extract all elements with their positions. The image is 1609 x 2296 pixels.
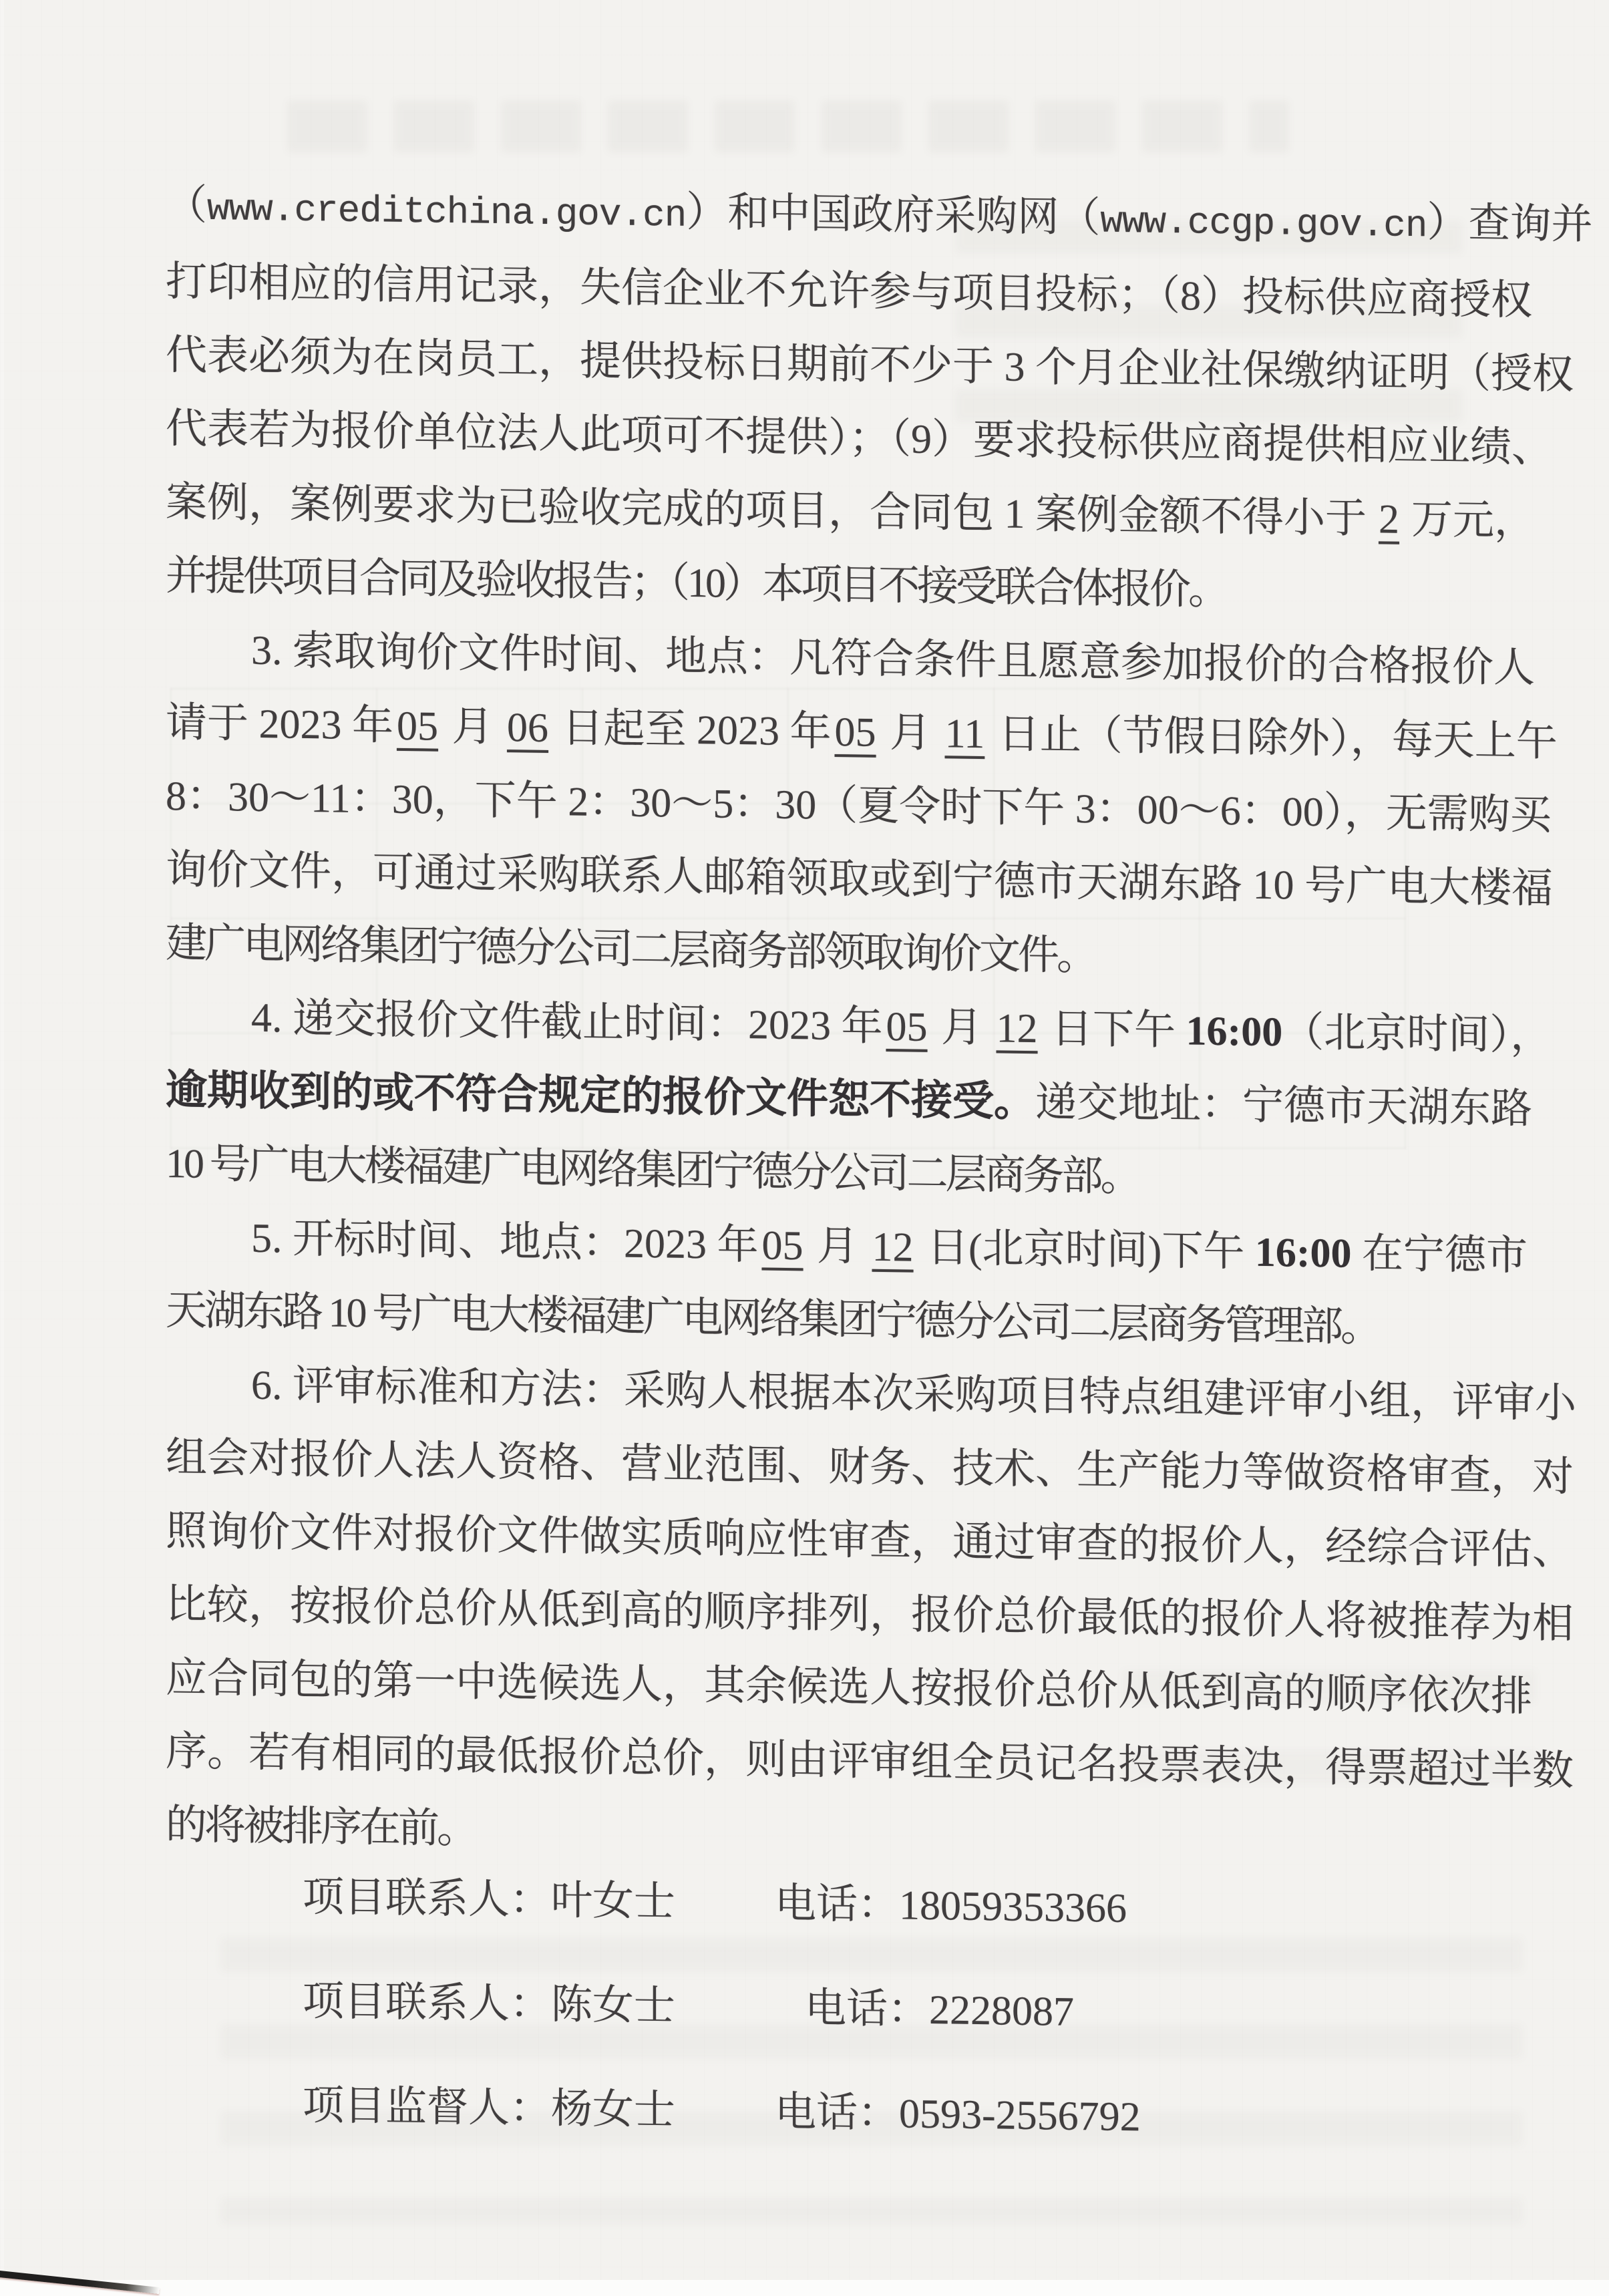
contact-person: 项目联系人：叶女士 xyxy=(303,1845,775,1956)
underlined-amount: 2 xyxy=(1367,496,1411,542)
contact-row: 项目联系人：陈女士电话：2228087 xyxy=(166,1947,1477,2070)
underlined-day: 06 xyxy=(504,705,552,751)
underlined-day: 12 xyxy=(869,1224,917,1271)
text-segment: 日(北京时间)下午 xyxy=(917,1225,1255,1275)
phone-label: 电话： xyxy=(775,1881,899,1929)
underlined-month: 05 xyxy=(883,1004,931,1050)
contact-row: 项目联系人：叶女士电话：18059353366 xyxy=(166,1843,1477,1965)
contact-role-label: 项目联系人： xyxy=(303,1979,551,2027)
text-segment: 月 xyxy=(441,704,504,750)
creditchina-url: www.creditchina.gov.cn xyxy=(207,188,686,237)
text-segment: 万元， xyxy=(1411,497,1536,544)
underlined-day: 11 xyxy=(942,711,989,757)
contact-person: 项目联系人：陈女士 xyxy=(303,1949,805,2061)
text-segment: 月 xyxy=(931,1005,993,1051)
contact-list: 项目联系人：叶女士电话：18059353366 项目联系人：陈女士电话：2228… xyxy=(166,1843,1477,2174)
phone-number: 2228087 xyxy=(929,1987,1074,2035)
phone-number: 0593-2556792 xyxy=(899,2091,1141,2140)
contact-row: 项目监督人：杨女士电话：0593-2556792 xyxy=(166,2052,1477,2174)
text-segment: 日下午 xyxy=(1041,1006,1186,1053)
bold-warning-text: 逾期收到的或不符合规定的报价文件恕不接受。 xyxy=(166,1068,1035,1125)
text-segment: 递交地址：宁德市天湖东路 xyxy=(1035,1080,1532,1132)
underlined-month: 05 xyxy=(393,703,441,750)
contact-person: 项目监督人：杨女士 xyxy=(303,2054,775,2164)
contact-phone: 电话：0593-2556792 xyxy=(775,2090,1141,2140)
text-segment: 月 xyxy=(807,1223,869,1269)
text-segment: 5. 开标时间、地点：2023 年 xyxy=(251,1216,759,1269)
text-segment: ）和中国政府采购网（ xyxy=(686,190,1100,241)
phone-number: 18059353366 xyxy=(899,1882,1127,1931)
underlined-day: 12 xyxy=(993,1005,1041,1051)
ccgp-url: www.ccgp.gov.cn xyxy=(1100,200,1427,248)
bleed-through-title-smudge xyxy=(287,100,1289,152)
text-segment: 案例，案例要求为已验收完成的项目，合同包 1 案例金额不得小于 xyxy=(166,480,1367,542)
text-segment: 请于 2023 年 xyxy=(166,700,393,749)
contact-role-label: 项目监督人： xyxy=(303,2083,551,2132)
phone-label: 电话： xyxy=(775,2090,899,2137)
opening-time: 16:00 xyxy=(1255,1230,1352,1277)
text-segment: （北京时间）， xyxy=(1282,1009,1552,1059)
phone-label: 电话： xyxy=(805,1985,929,2033)
text-segment: 月 xyxy=(880,710,942,756)
contact-name: 叶女士 xyxy=(551,1878,675,1925)
contact-role-label: 项目联系人： xyxy=(303,1874,551,1923)
contact-name: 杨女士 xyxy=(551,2086,675,2134)
underlined-month: 05 xyxy=(759,1222,807,1269)
document-text-block: （www.creditchina.gov.cn）和中国政府采购网（www.ccg… xyxy=(166,168,1477,2174)
text-segment: 日起至 2023 年 xyxy=(552,705,832,755)
contact-name: 陈女士 xyxy=(551,1982,675,2029)
deadline-time: 16:00 xyxy=(1186,1008,1283,1055)
scanned-document-page: （www.creditchina.gov.cn）和中国政府采购网（www.ccg… xyxy=(0,0,1609,2296)
text-segment: ）查询并 xyxy=(1427,200,1592,247)
text-segment: （ xyxy=(166,182,207,228)
text-segment: 4. 递交报价文件截止时间：2023 年 xyxy=(251,995,883,1049)
contact-phone: 电话：18059353366 xyxy=(775,1881,1127,1931)
contact-phone: 电话：2228087 xyxy=(805,1985,1074,2035)
text-segment: 日止（节假日除外），每天上午 xyxy=(988,711,1558,765)
underlined-month: 05 xyxy=(832,709,880,756)
text-segment: 在宁德市 xyxy=(1351,1231,1528,1279)
scanner-edge-strip xyxy=(0,2280,1609,2296)
